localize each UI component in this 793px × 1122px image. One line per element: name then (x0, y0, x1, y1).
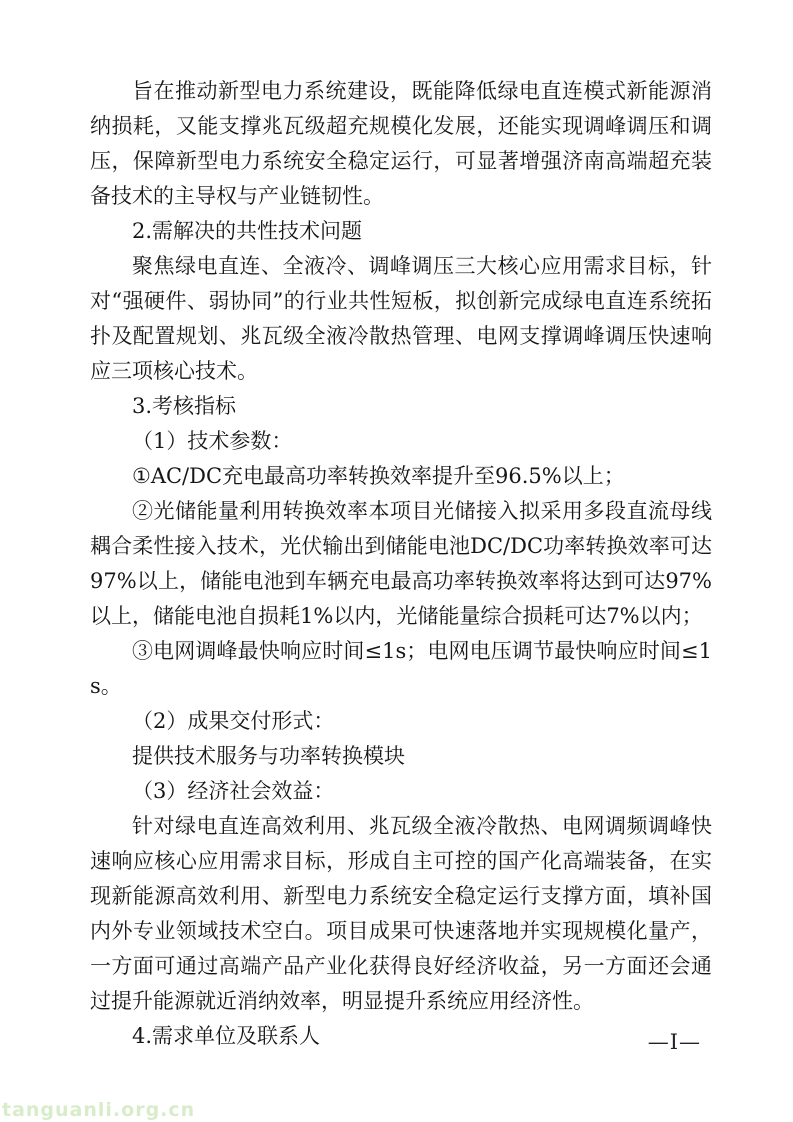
subheading-economic-social-benefits: （3）经济社会效益： (90, 774, 712, 809)
list-item-2-pv-storage-efficiency: ②光储能量利用转换效率本项目光储接入拟采用多段直流母线耦合柔性接入技术，光伏输出… (90, 494, 712, 634)
body-paragraph-deliverables: 提供技术服务与功率转换模块 (90, 739, 712, 774)
watermark: tanguanli.org.cn (2, 1099, 195, 1121)
heading-common-technical-issues: 2.需解决的共性技术问题 (90, 214, 712, 249)
document-page: 旨在推动新型电力系统建设，既能降低绿电直连模式新能源消纳损耗，又能支撑兆瓦级超充… (0, 0, 793, 1122)
subheading-technical-parameters: （1）技术参数： (90, 424, 712, 459)
subheading-deliverable-form: （2）成果交付形式： (90, 704, 712, 739)
heading-assessment-indicators: 3.考核指标 (90, 389, 712, 424)
body-paragraph-technical-issues: 聚焦绿电直连、全液冷、调峰调压三大核心应用需求目标，针对“强硬件、弱协同”的行业… (90, 249, 712, 389)
body-paragraph-intro: 旨在推动新型电力系统建设，既能降低绿电直连模式新能源消纳损耗，又能支撑兆瓦级超充… (90, 74, 712, 214)
heading-demand-unit-contact: 4.需求单位及联系人 (90, 1019, 712, 1054)
list-item-1-acdc-efficiency: ①AC/DC充电最高功率转换效率提升至96.5%以上； (90, 459, 712, 494)
document-body: 旨在推动新型电力系统建设，既能降低绿电直连模式新能源消纳损耗，又能支撑兆瓦级超充… (90, 74, 712, 1054)
body-paragraph-benefits: 针对绿电直连高效利用、兆瓦级全液冷散热、电网调频调峰快速响应核心应用需求目标，形… (90, 809, 712, 1019)
page-number: —I— (648, 1030, 701, 1054)
list-item-3-grid-response-time: ③电网调峰最快响应时间≤1s；电网电压调节最快响应时间≤1s。 (90, 634, 712, 704)
